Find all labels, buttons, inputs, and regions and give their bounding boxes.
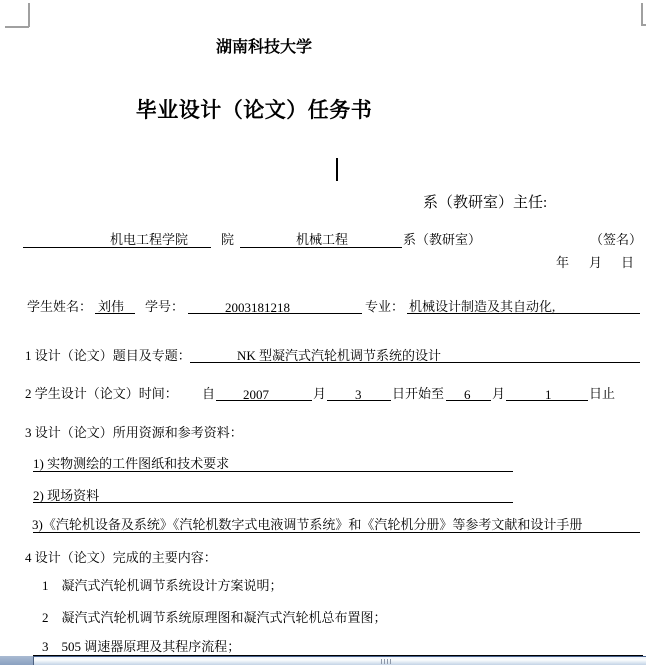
content-item-1: 1 凝汽式汽轮机调节系统设计方案说明；	[42, 578, 283, 594]
margin-corner-mark-top-right-horizontal	[641, 24, 646, 26]
day-label: 日	[621, 255, 634, 271]
student-no-label: 学号：	[145, 299, 184, 315]
margin-corner-mark-top-left-vertical	[28, 3, 30, 27]
college-value: 机电工程学院	[110, 232, 188, 248]
time-year-value: 2007	[243, 387, 269, 403]
scrollbar-grip-icon	[384, 659, 385, 664]
college-suffix-label: 院	[221, 232, 234, 248]
horizontal-scrollbar[interactable]	[0, 656, 646, 665]
resource-item-2: 2) 现场资料	[33, 488, 99, 504]
student-major-value: 机械设计制造及其自动化,	[409, 299, 555, 315]
scrollbar-grip-icon	[390, 659, 391, 664]
student-name-value: 刘伟	[98, 299, 124, 315]
time-end-day-value: 1	[545, 387, 552, 403]
margin-corner-mark-top-right-vertical	[641, 3, 643, 25]
scrollbar-grip-icon	[387, 659, 388, 664]
document-page: 湖南科技大学 毕业设计（论文）任务书 系（教研室）主任: 机电工程学院 院 机械…	[0, 0, 646, 665]
resource-item-3: 3)《汽轮机设备及系统》《汽轮机数字式电液调节系统》和《汽轮机分册》等参考文献和…	[32, 517, 582, 533]
time-from-label: 自	[202, 386, 215, 402]
time-m1-label: 月	[313, 386, 326, 402]
underline-resource-2	[33, 502, 513, 503]
director-label: 系（教研室）主任:	[423, 194, 547, 212]
section2-label: 2 学生设计（论文）时间：	[25, 386, 178, 402]
content-item-3: 3 505 调速器原理及其程序流程；	[42, 639, 240, 655]
signature-label: （签名）	[590, 232, 642, 248]
dept-suffix-label: 系（教研室）	[403, 232, 481, 248]
scrollbar-left-block	[0, 656, 33, 665]
university-title: 湖南科技大学	[216, 38, 312, 57]
time-end-month-value: 6	[464, 387, 471, 403]
resource-item-1: 1) 实物测绘的工件图纸和技术要求	[33, 456, 229, 472]
time-m2-label: 月	[492, 386, 505, 402]
margin-corner-mark-top-left-horizontal	[5, 26, 29, 28]
student-major-label: 专业：	[365, 299, 404, 315]
year-label: 年	[556, 255, 569, 271]
section1-label: 1 设计（论文）题目及专题：	[25, 348, 191, 364]
text-cursor	[336, 158, 338, 181]
content-item-2: 2 凝汽式汽轮机调节系统原理图和凝汽式汽轮机总布置图；	[42, 610, 387, 626]
month-label: 月	[589, 255, 602, 271]
section3-label: 3 设计（论文）所用资源和参考资料：	[25, 425, 243, 441]
time-month-value: 3	[355, 387, 362, 403]
topic-value: NK 型凝汽式汽轮机调节系统的设计	[237, 348, 441, 364]
doc-title: 毕业设计（论文）任务书	[136, 98, 373, 123]
student-no-value: 2003181218	[225, 300, 290, 316]
horizontal-scrollbar-thumb[interactable]	[34, 656, 646, 665]
time-end-label: 日止	[589, 386, 615, 402]
time-mid-label: 日开始至	[392, 386, 444, 402]
major-dept-value: 机械工程	[296, 232, 348, 248]
scrollbar-grip-icon	[381, 659, 382, 664]
student-name-label: 学生姓名：	[27, 299, 92, 315]
section4-label: 4 设计（论文）完成的主要内容：	[25, 550, 217, 566]
